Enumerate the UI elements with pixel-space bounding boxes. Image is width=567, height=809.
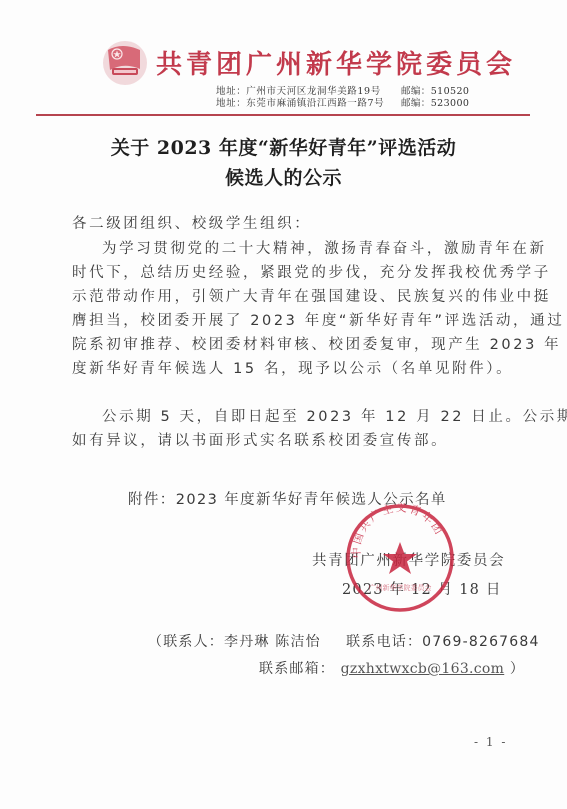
salutation: 各二级团组织、校级学生组织： xyxy=(72,212,502,236)
address-block: 地址：广州市天河区龙洞华美路19号 邮编：510520 地址：东莞市麻涌镇沿江西… xyxy=(216,86,469,110)
paragraph-line: 膺担当，校团委开展了 2023 年度“新华好青年”评选活动，通过 xyxy=(72,309,502,333)
postcode-text: 邮编：523000 xyxy=(401,98,469,110)
attachment-reference: 附件：2023 年度新华好青年候选人公示名单 xyxy=(128,488,447,509)
paragraph-line: 时代下，总结历史经验，紧跟党的步伐，充分发挥我校优秀学子 xyxy=(72,261,502,285)
signature-date: 2023 年 12 月 18 日 xyxy=(342,578,502,599)
header-divider xyxy=(36,114,530,116)
document-title-line2: 候选人的公示 xyxy=(0,163,567,190)
contact-email-label: 联系邮箱： xyxy=(259,661,335,677)
org-name: 共青团广州新华学院委员会 xyxy=(156,48,516,82)
contact-email-link[interactable]: gzxhxtwxcb@163.com xyxy=(341,661,505,677)
contact-persons-line: （联系人：李丹琳 陈洁怡 联系电话：0769-8267684 xyxy=(148,631,540,651)
document-page: 共青团广州新华学院委员会 地址：广州市天河区龙洞华美路19号 邮编：510520… xyxy=(0,0,567,809)
paragraph-line: 示范带动作用，引领广大青年在强国建设、民族复兴的伟业中挺 xyxy=(72,285,502,309)
signature-org: 共青团广州新华学院委员会 xyxy=(312,549,505,570)
paragraph-line: 公示期 5 天，自即日起至 2023 年 12 月 22 日止。公示期间， xyxy=(72,405,502,429)
address-row: 地址：东莞市麻涌镇沿江西路一路7号 邮编：523000 xyxy=(216,98,469,110)
contact-phone: 联系电话：0769-8267684 xyxy=(346,634,539,650)
address-text: 地址：广州市天河区龙洞华美路19号 xyxy=(216,86,401,98)
paragraph-publicity-period: 公示期 5 天，自即日起至 2023 年 12 月 22 日止。公示期间， 如有… xyxy=(72,405,502,453)
paragraph-line: 为学习贯彻党的二十大精神，激扬青春奋斗，激励青年在新 xyxy=(72,237,502,261)
paragraph-line: 度新华好青年候选人 15 名，现予以公示（名单见附件）。 xyxy=(72,357,502,381)
paragraph-line: 如有异议，请以书面形式实名联系校团委宣传部。 xyxy=(72,429,502,453)
postcode-text: 邮编：510520 xyxy=(401,86,469,98)
youth-league-emblem-icon xyxy=(100,36,150,86)
contact-email-line: 联系邮箱： gzxhxtwxcb@163.com ） xyxy=(259,658,525,678)
address-text: 地址：东莞市麻涌镇沿江西路一路7号 xyxy=(216,98,401,110)
contact-persons: （联系人：李丹琳 陈洁怡 xyxy=(148,634,321,650)
paragraph-line: 院系初审推荐、校团委材料审核、校团委复审，现产生 2023 年 xyxy=(72,333,502,357)
address-row: 地址：广州市天河区龙洞华美路19号 邮编：510520 xyxy=(216,86,469,98)
document-title-line1: 关于 2023 年度“新华好青年”评选活动 xyxy=(0,133,567,160)
page-number: - 1 - xyxy=(474,735,507,749)
close-paren: ） xyxy=(510,661,525,677)
paragraph-announcement: 为学习贯彻党的二十大精神，激扬青春奋斗，激励青年在新 时代下，总结历史经验，紧跟… xyxy=(72,237,502,381)
